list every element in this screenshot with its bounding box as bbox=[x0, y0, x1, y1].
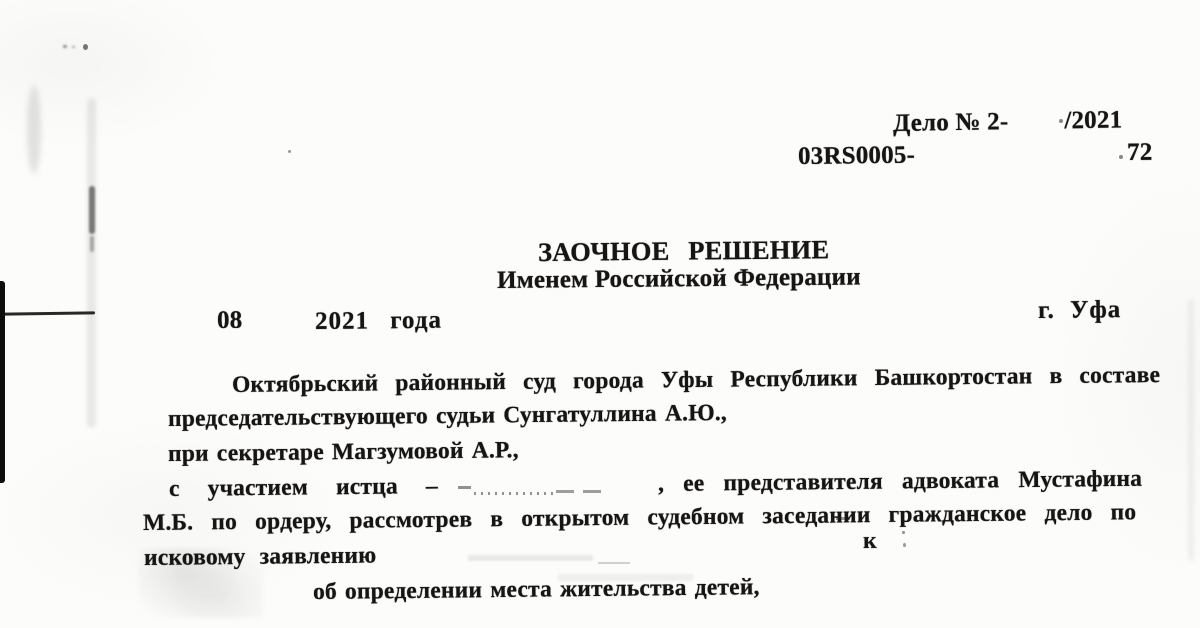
date-year: 2021 года bbox=[315, 306, 442, 337]
body-line-hearing: М.Б. по ордеру, рассмотрев в открытом су… bbox=[143, 498, 1137, 537]
scan-streak-core bbox=[89, 186, 95, 234]
redaction-trace-colon bbox=[903, 543, 906, 547]
body-line-plaintiff-prefix: с участием истца – bbox=[169, 472, 438, 503]
body-line-judge: председательствующего судьи Сунгатуллина… bbox=[168, 399, 727, 433]
case-number-line: Дело № 2-/2021 bbox=[893, 105, 1123, 139]
body-line-plaintiff-suffix: , ее представителя адвоката Мустафина bbox=[658, 465, 1142, 498]
case-uid-prefix: 03RS0005- bbox=[798, 142, 915, 170]
date-city: г. Уфа bbox=[1038, 295, 1121, 326]
body-line-claim-conjunction: к bbox=[863, 527, 877, 555]
scan-edge-bar bbox=[0, 281, 5, 483]
document-subtitle: Именем Российской Федерации bbox=[497, 263, 861, 296]
scan-speck-row bbox=[63, 45, 67, 48]
case-uid-suffix: 72 bbox=[1127, 139, 1153, 166]
document-page: Дело № 2-/2021 03RS0005-72 ЗАОЧНОЕ РЕШЕН… bbox=[0, 0, 1200, 628]
scan-smudge-left bbox=[27, 86, 41, 174]
redaction-trace-dashes bbox=[556, 490, 610, 493]
redaction-trace-dash bbox=[598, 562, 630, 564]
scan-streak-column bbox=[87, 98, 96, 428]
date-day: 08 bbox=[217, 306, 243, 336]
body-line-court: Октябрьский районный суд города Уфы Респ… bbox=[232, 361, 1161, 399]
body-line-secretary: при секретаре Магзумовой А.Р., bbox=[168, 436, 519, 468]
case-number-year: /2021 bbox=[1064, 106, 1122, 134]
scan-fold-line bbox=[3, 311, 95, 315]
scan-speck bbox=[288, 150, 291, 153]
body-line-subject: об определении места жительства детей, bbox=[313, 573, 760, 606]
scan-edge-speckle-right bbox=[1188, 300, 1194, 560]
scan-speck-row bbox=[83, 44, 88, 50]
case-number-prefix: Дело № 2- bbox=[893, 108, 1009, 137]
redaction-trace-smudge bbox=[468, 555, 593, 561]
redaction-trace-dots bbox=[474, 492, 556, 495]
case-uid-redacted-gap bbox=[915, 159, 1127, 163]
body-line-claim-prefix: исковому заявлению bbox=[144, 541, 377, 572]
case-number-redacted-gap bbox=[1008, 127, 1064, 129]
scan-streak-core bbox=[90, 236, 94, 252]
redaction-trace-colon bbox=[902, 531, 905, 534]
scan-speck-row bbox=[72, 46, 75, 48]
redaction-trace-dash bbox=[458, 486, 471, 489]
case-uid-line: 03RS0005-72 bbox=[798, 138, 1153, 172]
